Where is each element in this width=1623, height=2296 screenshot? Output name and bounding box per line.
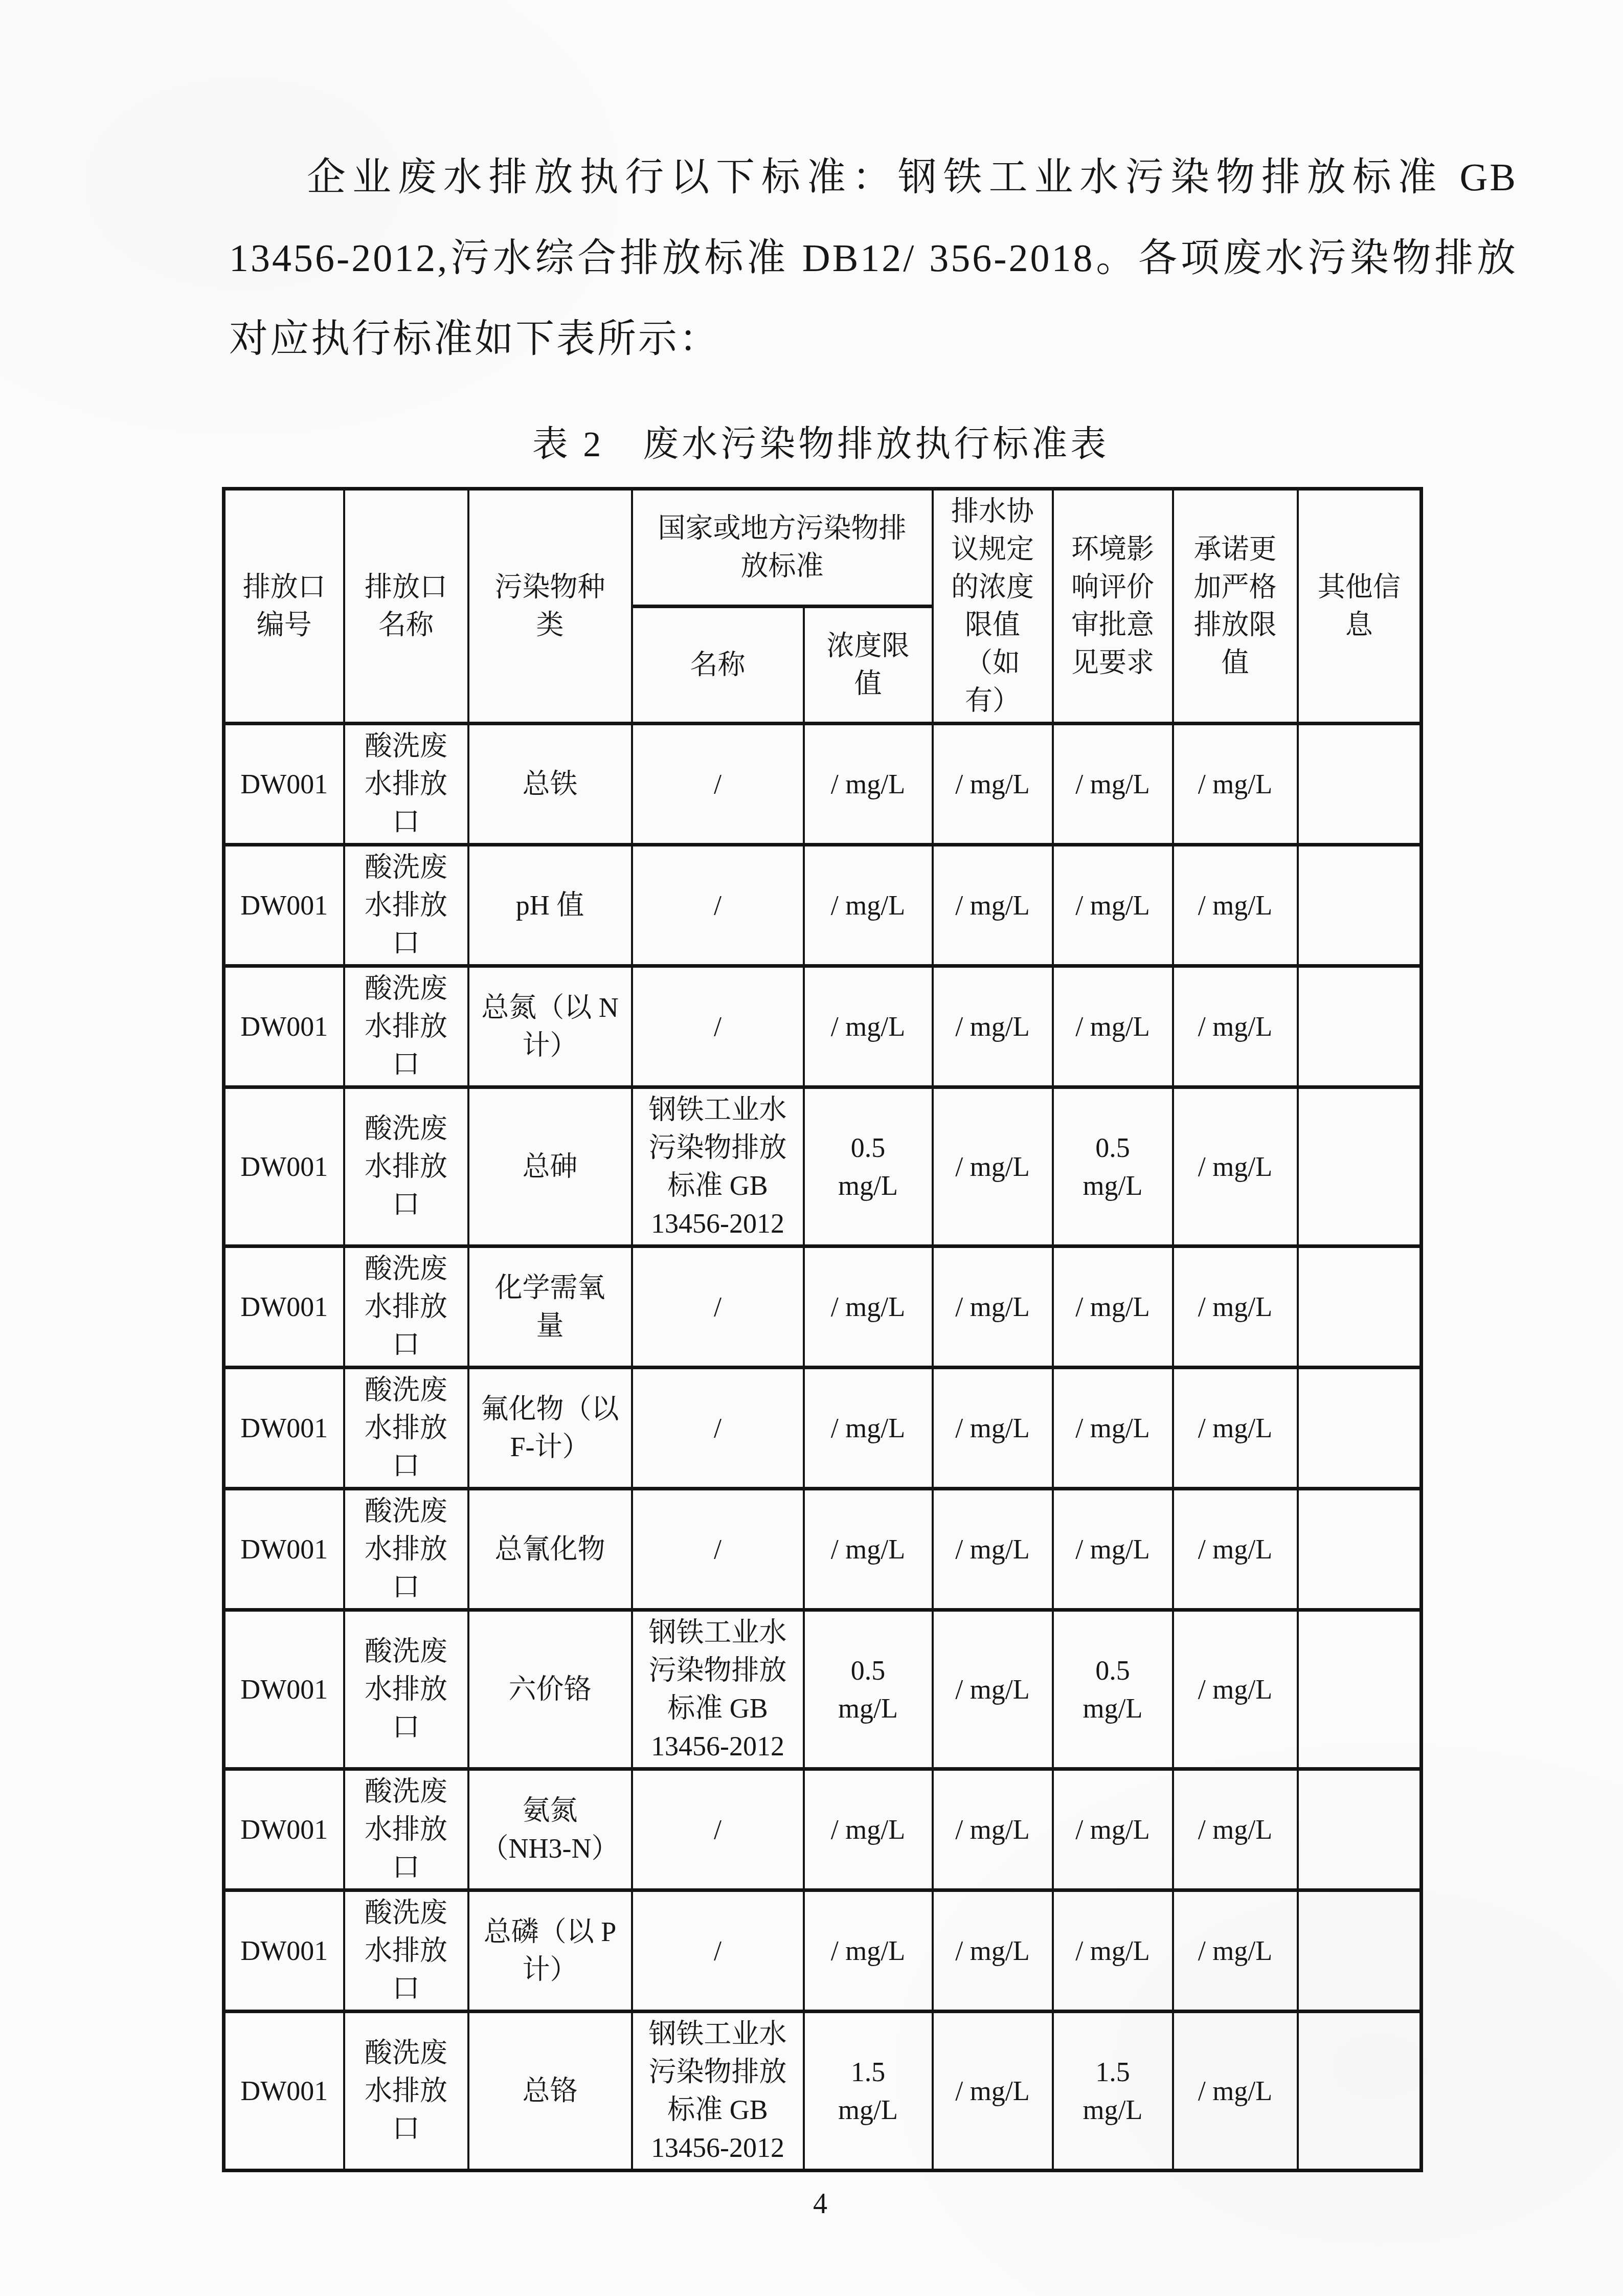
- cell-eia-requirement: / mg/L: [1053, 1769, 1173, 1890]
- cell-outlet-name: 酸洗废 水排放 口: [344, 1368, 468, 1489]
- cell-outlet-id: DW001: [224, 845, 344, 966]
- cell-pollutant: 氟化物（以 F-计）: [468, 1368, 632, 1489]
- discharge-standards-table: 排放口 编号 排放口 名称 污染物种 类 国家或地方污染物排 放标准 排水协 议…: [222, 487, 1423, 2172]
- cell-standard-name: 钢铁工业水 污染物排放 标准 GB 13456-2012: [632, 1610, 804, 1769]
- cell-outlet-id: DW001: [224, 1246, 344, 1368]
- cell-outlet-name: 酸洗废 水排放 口: [344, 1769, 468, 1890]
- cell-other-info: [1298, 1489, 1422, 1610]
- cell-outlet-id: DW001: [224, 1769, 344, 1890]
- intro-paragraph: 企业废水排放执行以下标准：钢铁工业水污染物排放标准 GB 13456-2012,…: [229, 137, 1518, 380]
- header-standard-name: 名称: [632, 606, 804, 724]
- cell-agreement-limit: / mg/L: [933, 1368, 1053, 1489]
- cell-standard-name: /: [632, 966, 804, 1087]
- cell-other-info: [1298, 1890, 1422, 2012]
- cell-other-info: [1298, 1368, 1422, 1489]
- cell-commitment-limit: / mg/L: [1173, 1769, 1298, 1890]
- cell-outlet-name: 酸洗废 水排放 口: [344, 1489, 468, 1610]
- cell-pollutant: 总氰化物: [468, 1489, 632, 1610]
- cell-agreement-limit: / mg/L: [933, 1087, 1053, 1246]
- table-title: 表 2 废水污染物排放执行标准表: [222, 415, 1419, 467]
- table-row: DW001 酸洗废 水排放 口 总砷 钢铁工业水 污染物排放 标准 GB 134…: [224, 1087, 1422, 1246]
- cell-standard-name: /: [632, 1890, 804, 2012]
- cell-other-info: [1298, 724, 1422, 845]
- cell-outlet-id: DW001: [224, 1610, 344, 1769]
- cell-agreement-limit: / mg/L: [933, 845, 1053, 966]
- header-row-1: 排放口 编号 排放口 名称 污染物种 类 国家或地方污染物排 放标准 排水协 议…: [224, 489, 1422, 607]
- table-row: DW001 酸洗废 水排放 口 总磷（以 P 计） / / mg/L / mg/…: [224, 1890, 1422, 2012]
- cell-eia-requirement: / mg/L: [1053, 1368, 1173, 1489]
- cell-other-info: [1298, 1610, 1422, 1769]
- cell-agreement-limit: / mg/L: [933, 2012, 1053, 2171]
- cell-commitment-limit: / mg/L: [1173, 845, 1298, 966]
- cell-pollutant: 总铬: [468, 2012, 632, 2171]
- cell-eia-requirement: 0.5 mg/L: [1053, 1610, 1173, 1769]
- cell-outlet-id: DW001: [224, 2012, 344, 2171]
- cell-commitment-limit: / mg/L: [1173, 724, 1298, 845]
- cell-pollutant: 六价铬: [468, 1610, 632, 1769]
- cell-outlet-name: 酸洗废 水排放 口: [344, 966, 468, 1087]
- cell-outlet-id: DW001: [224, 724, 344, 845]
- cell-concentration-limit: / mg/L: [804, 845, 933, 966]
- table-row: DW001 酸洗废 水排放 口 总氰化物 / / mg/L / mg/L / m…: [224, 1489, 1422, 1610]
- cell-outlet-id: DW001: [224, 1087, 344, 1246]
- cell-outlet-id: DW001: [224, 966, 344, 1087]
- cell-pollutant: 总铁: [468, 724, 632, 845]
- cell-commitment-limit: / mg/L: [1173, 1610, 1298, 1769]
- cell-outlet-id: DW001: [224, 1368, 344, 1489]
- cell-standard-name: 钢铁工业水 污染物排放 标准 GB 13456-2012: [632, 2012, 804, 2171]
- cell-outlet-name: 酸洗废 水排放 口: [344, 1246, 468, 1368]
- cell-other-info: [1298, 1246, 1422, 1368]
- cell-agreement-limit: / mg/L: [933, 1890, 1053, 2012]
- table-row: DW001 酸洗废 水排放 口 总铁 / / mg/L / mg/L / mg/…: [224, 724, 1422, 845]
- cell-commitment-limit: / mg/L: [1173, 1087, 1298, 1246]
- cell-concentration-limit: 1.5 mg/L: [804, 2012, 933, 2171]
- header-outlet-name: 排放口 名称: [344, 489, 468, 724]
- cell-eia-requirement: 1.5 mg/L: [1053, 2012, 1173, 2171]
- cell-pollutant: 总砷: [468, 1087, 632, 1246]
- cell-other-info: [1298, 966, 1422, 1087]
- cell-outlet-name: 酸洗废 水排放 口: [344, 2012, 468, 2171]
- cell-other-info: [1298, 845, 1422, 966]
- cell-outlet-name: 酸洗废 水排放 口: [344, 1087, 468, 1246]
- page-number: 4: [222, 2188, 1419, 2220]
- cell-agreement-limit: / mg/L: [933, 1489, 1053, 1610]
- cell-commitment-limit: / mg/L: [1173, 1890, 1298, 2012]
- cell-outlet-id: DW001: [224, 1890, 344, 2012]
- cell-standard-name: /: [632, 1769, 804, 1890]
- cell-standard-name: /: [632, 1489, 804, 1610]
- cell-concentration-limit: / mg/L: [804, 966, 933, 1087]
- cell-outlet-name: 酸洗废 水排放 口: [344, 724, 468, 845]
- cell-eia-requirement: / mg/L: [1053, 966, 1173, 1087]
- cell-standard-name: /: [632, 1246, 804, 1368]
- header-eia-requirement: 环境影 响评价 审批意 见要求: [1053, 489, 1173, 724]
- cell-concentration-limit: / mg/L: [804, 1890, 933, 2012]
- cell-standard-name: /: [632, 845, 804, 966]
- cell-concentration-limit: / mg/L: [804, 1489, 933, 1610]
- cell-concentration-limit: / mg/L: [804, 1368, 933, 1489]
- cell-agreement-limit: / mg/L: [933, 1246, 1053, 1368]
- table-row: DW001 酸洗废 水排放 口 总铬 钢铁工业水 污染物排放 标准 GB 134…: [224, 2012, 1422, 2171]
- cell-concentration-limit: / mg/L: [804, 1246, 933, 1368]
- cell-agreement-limit: / mg/L: [933, 1610, 1053, 1769]
- cell-other-info: [1298, 1087, 1422, 1246]
- cell-eia-requirement: / mg/L: [1053, 1890, 1173, 2012]
- cell-pollutant: pH 值: [468, 845, 632, 966]
- cell-outlet-name: 酸洗废 水排放 口: [344, 845, 468, 966]
- cell-eia-requirement: / mg/L: [1053, 845, 1173, 966]
- document-page: 企业废水排放执行以下标准：钢铁工业水污染物排放标准 GB 13456-2012,…: [0, 0, 1623, 2296]
- cell-agreement-limit: / mg/L: [933, 1769, 1053, 1890]
- cell-eia-requirement: / mg/L: [1053, 1489, 1173, 1610]
- table-row: DW001 酸洗废 水排放 口 化学需氧 量 / / mg/L / mg/L /…: [224, 1246, 1422, 1368]
- header-outlet-id: 排放口 编号: [224, 489, 344, 724]
- cell-outlet-name: 酸洗废 水排放 口: [344, 1890, 468, 2012]
- cell-commitment-limit: / mg/L: [1173, 1489, 1298, 1610]
- header-other-info: 其他信 息: [1298, 489, 1422, 724]
- table-row: DW001 酸洗废 水排放 口 六价铬 钢铁工业水 污染物排放 标准 GB 13…: [224, 1610, 1422, 1769]
- cell-concentration-limit: / mg/L: [804, 1769, 933, 1890]
- table-body: DW001 酸洗废 水排放 口 总铁 / / mg/L / mg/L / mg/…: [224, 724, 1422, 2171]
- cell-other-info: [1298, 2012, 1422, 2171]
- header-stricter-commitment-limit: 承诺更 加严格 排放限 值: [1173, 489, 1298, 724]
- header-pollutant-type: 污染物种 类: [468, 489, 632, 724]
- cell-standard-name: /: [632, 1368, 804, 1489]
- cell-agreement-limit: / mg/L: [933, 966, 1053, 1087]
- cell-agreement-limit: / mg/L: [933, 724, 1053, 845]
- table-row: DW001 酸洗废 水排放 口 总氮（以 N 计） / / mg/L / mg/…: [224, 966, 1422, 1087]
- header-concentration-limit: 浓度限 值: [804, 606, 933, 724]
- table-section: 排放口 编号 排放口 名称 污染物种 类 国家或地方污染物排 放标准 排水协 议…: [222, 487, 1419, 2220]
- table-row: DW001 酸洗废 水排放 口 氨氮 （NH3-N） / / mg/L / mg…: [224, 1769, 1422, 1890]
- cell-standard-name: 钢铁工业水 污染物排放 标准 GB 13456-2012: [632, 1087, 804, 1246]
- cell-concentration-limit: / mg/L: [804, 724, 933, 845]
- header-drainage-agreement-limit: 排水协 议规定 的浓度 限值 （如 有）: [933, 489, 1053, 724]
- cell-commitment-limit: / mg/L: [1173, 966, 1298, 1087]
- table-header: 排放口 编号 排放口 名称 污染物种 类 国家或地方污染物排 放标准 排水协 议…: [224, 489, 1422, 724]
- table-row: DW001 酸洗废 水排放 口 pH 值 / / mg/L / mg/L / m…: [224, 845, 1422, 966]
- cell-commitment-limit: / mg/L: [1173, 1246, 1298, 1368]
- cell-pollutant: 化学需氧 量: [468, 1246, 632, 1368]
- cell-standard-name: /: [632, 724, 804, 845]
- cell-eia-requirement: / mg/L: [1053, 1246, 1173, 1368]
- cell-concentration-limit: 0.5 mg/L: [804, 1087, 933, 1246]
- cell-pollutant: 氨氮 （NH3-N）: [468, 1769, 632, 1890]
- cell-pollutant: 总氮（以 N 计）: [468, 966, 632, 1087]
- cell-commitment-limit: / mg/L: [1173, 2012, 1298, 2171]
- cell-eia-requirement: 0.5 mg/L: [1053, 1087, 1173, 1246]
- cell-pollutant: 总磷（以 P 计）: [468, 1890, 632, 2012]
- cell-other-info: [1298, 1769, 1422, 1890]
- table-row: DW001 酸洗废 水排放 口 氟化物（以 F-计） / / mg/L / mg…: [224, 1368, 1422, 1489]
- header-standard-group: 国家或地方污染物排 放标准: [632, 489, 933, 607]
- cell-outlet-name: 酸洗废 水排放 口: [344, 1610, 468, 1769]
- cell-commitment-limit: / mg/L: [1173, 1368, 1298, 1489]
- cell-concentration-limit: 0.5 mg/L: [804, 1610, 933, 1769]
- cell-outlet-id: DW001: [224, 1489, 344, 1610]
- cell-eia-requirement: / mg/L: [1053, 724, 1173, 845]
